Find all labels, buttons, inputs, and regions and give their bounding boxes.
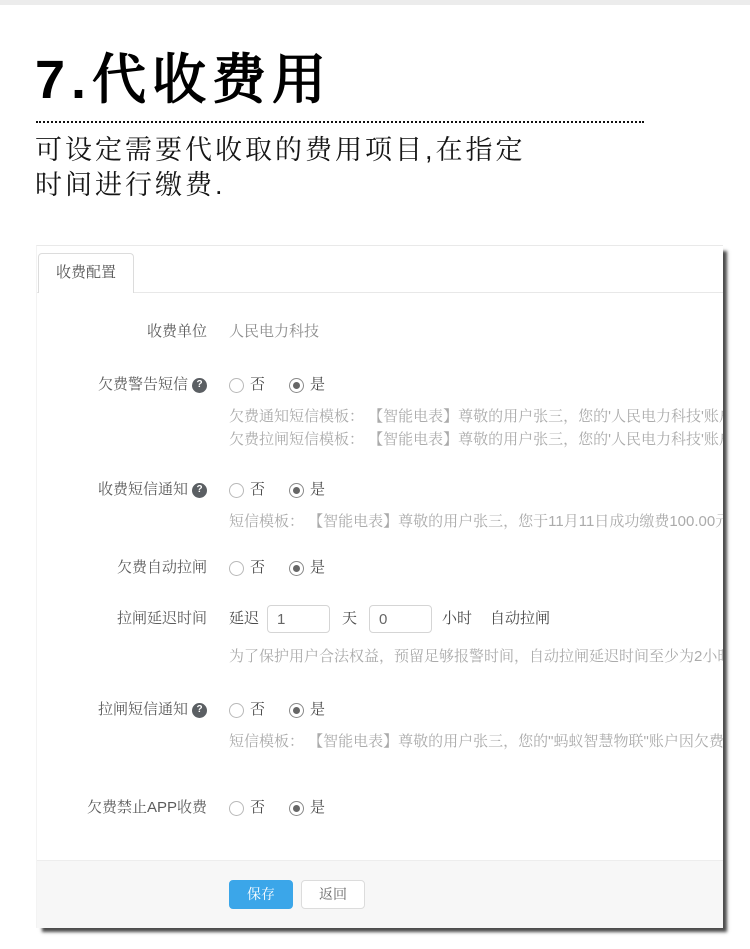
sms-template-text: 短信模板： 【智能电表】尊敬的用户张三，您的"蚂蚁智慧物联"账户因欠费9	[229, 730, 723, 753]
delay-days-input[interactable]	[267, 605, 330, 633]
title-dotted-underline	[36, 121, 644, 123]
radio-checked-icon	[289, 703, 304, 718]
form-group-warning-sms: 欠费警告短信 ? 否 是 欠费通知短信模板： 【智能电表】尊敬的用户张三，您的'…	[37, 375, 723, 451]
delay-suffix-text: 自动拉闸	[490, 609, 550, 629]
form-row-unit: 收费单位 人民电力科技	[37, 322, 723, 342]
warning-sms-radio-no[interactable]: 否	[229, 375, 265, 395]
charge-config-panel: 收费配置 收费单位 人民电力科技 欠费警告短信 ?	[36, 245, 723, 928]
delay-days-unit: 天	[342, 609, 357, 629]
delay-hours-input[interactable]	[369, 605, 432, 633]
form-group-auto-cutoff: 欠费自动拉闸 否 是	[37, 558, 723, 578]
form-group-cutoff-sms: 拉闸短信通知 ? 否 是 短信模板： 【智能电表】尊敬的用户张三，您的"蚂蚁智慧…	[37, 700, 723, 753]
radio-unchecked-icon	[229, 561, 244, 576]
app-charge-label: 欠费禁止APP收费	[37, 798, 207, 818]
form-group-cutoff-delay: 拉闸延迟时间 延迟 天 小时 自动拉闸 为了保护用户合法权益，预留足够报警时间，…	[37, 605, 723, 668]
charge-sms-radio-yes[interactable]: 是	[289, 480, 325, 500]
charge-sms-radio-no[interactable]: 否	[229, 480, 265, 500]
delay-hours-unit: 小时	[442, 609, 472, 629]
radio-checked-icon	[289, 801, 304, 816]
form-row-charge-sms: 收费短信通知 ? 否 是	[37, 480, 723, 500]
charge-sms-template: 短信模板： 【智能电表】尊敬的用户张三，您于11月11日成功缴费100.00元	[229, 510, 723, 533]
help-icon[interactable]: ?	[192, 483, 207, 498]
form-group-charge-sms: 收费短信通知 ? 否 是 短信模板： 【智能电表】尊敬的用户张三，您于11月11…	[37, 480, 723, 533]
sms-template-text: 欠费通知短信模板： 【智能电表】尊敬的用户张三，您的'人民电力科技'账户	[229, 405, 723, 428]
tab-charge-config[interactable]: 收费配置	[38, 253, 134, 293]
auto-cutoff-radio-no[interactable]: 否	[229, 558, 265, 578]
delay-prefix-text: 延迟	[229, 609, 259, 629]
cutoff-delay-note-wrap: 为了保护用户合法权益，预留足够报警时间，自动拉闸延迟时间至少为2小时	[229, 645, 723, 668]
unit-label: 收费单位	[37, 322, 207, 342]
sms-template-text: 短信模板： 【智能电表】尊敬的用户张三，您于11月11日成功缴费100.00元	[229, 510, 723, 533]
form-row-cutoff-delay: 拉闸延迟时间 延迟 天 小时 自动拉闸	[37, 605, 723, 633]
form-row-auto-cutoff: 欠费自动拉闸 否 是	[37, 558, 723, 578]
page-description-line2: 时间进行缴费.	[35, 168, 750, 203]
save-button[interactable]: 保存	[229, 880, 293, 909]
form-footer: 保存 返回	[37, 860, 723, 928]
auto-cutoff-radio-yes[interactable]: 是	[289, 558, 325, 578]
form-row-warning-sms: 欠费警告短信 ? 否 是	[37, 375, 723, 395]
radio-unchecked-icon	[229, 483, 244, 498]
form-group-unit: 收费单位 人民电力科技	[37, 322, 723, 342]
back-button[interactable]: 返回	[301, 880, 365, 909]
form-group-app-charge: 欠费禁止APP收费 否 是	[37, 798, 723, 818]
form-row-app-charge: 欠费禁止APP收费 否 是	[37, 798, 723, 818]
unit-value: 人民电力科技	[229, 322, 319, 342]
cutoff-sms-radio-yes[interactable]: 是	[289, 700, 325, 720]
radio-checked-icon	[289, 483, 304, 498]
tab-bar: 收费配置	[37, 246, 723, 293]
help-icon[interactable]: ?	[192, 378, 207, 393]
app-charge-radio-no[interactable]: 否	[229, 798, 265, 818]
radio-checked-icon	[289, 378, 304, 393]
warning-sms-templates: 欠费通知短信模板： 【智能电表】尊敬的用户张三，您的'人民电力科技'账户 欠费拉…	[229, 405, 723, 451]
help-icon[interactable]: ?	[192, 703, 207, 718]
charge-sms-label: 收费短信通知	[98, 480, 188, 500]
cutoff-delay-note: 为了保护用户合法权益，预留足够报警时间，自动拉闸延迟时间至少为2小时	[229, 645, 723, 668]
cutoff-sms-template: 短信模板： 【智能电表】尊敬的用户张三，您的"蚂蚁智慧物联"账户因欠费9	[229, 730, 723, 753]
top-divider-bar	[0, 0, 750, 5]
radio-unchecked-icon	[229, 703, 244, 718]
page-description-line1: 可设定需要代收取的费用项目,在指定	[35, 133, 750, 168]
cutoff-delay-label: 拉闸延迟时间	[37, 609, 207, 629]
page-description: 可设定需要代收取的费用项目,在指定 时间进行缴费.	[35, 133, 750, 203]
cutoff-sms-radio-no[interactable]: 否	[229, 700, 265, 720]
page-title: 7.代收费用	[35, 49, 750, 111]
app-charge-radio-yes[interactable]: 是	[289, 798, 325, 818]
sms-template-text: 欠费拉闸短信模板： 【智能电表】尊敬的用户张三，您的'人民电力科技'账户	[229, 428, 723, 451]
form-row-cutoff-sms: 拉闸短信通知 ? 否 是	[37, 700, 723, 720]
auto-cutoff-label: 欠费自动拉闸	[37, 558, 207, 578]
radio-unchecked-icon	[229, 378, 244, 393]
radio-unchecked-icon	[229, 801, 244, 816]
radio-checked-icon	[289, 561, 304, 576]
warning-sms-label: 欠费警告短信	[98, 375, 188, 395]
form-content: 收费单位 人民电力科技 欠费警告短信 ? 否	[37, 293, 723, 860]
cutoff-sms-label: 拉闸短信通知	[98, 700, 188, 720]
page-header: 7.代收费用 可设定需要代收取的费用项目,在指定 时间进行缴费.	[0, 49, 750, 203]
warning-sms-radio-yes[interactable]: 是	[289, 375, 325, 395]
